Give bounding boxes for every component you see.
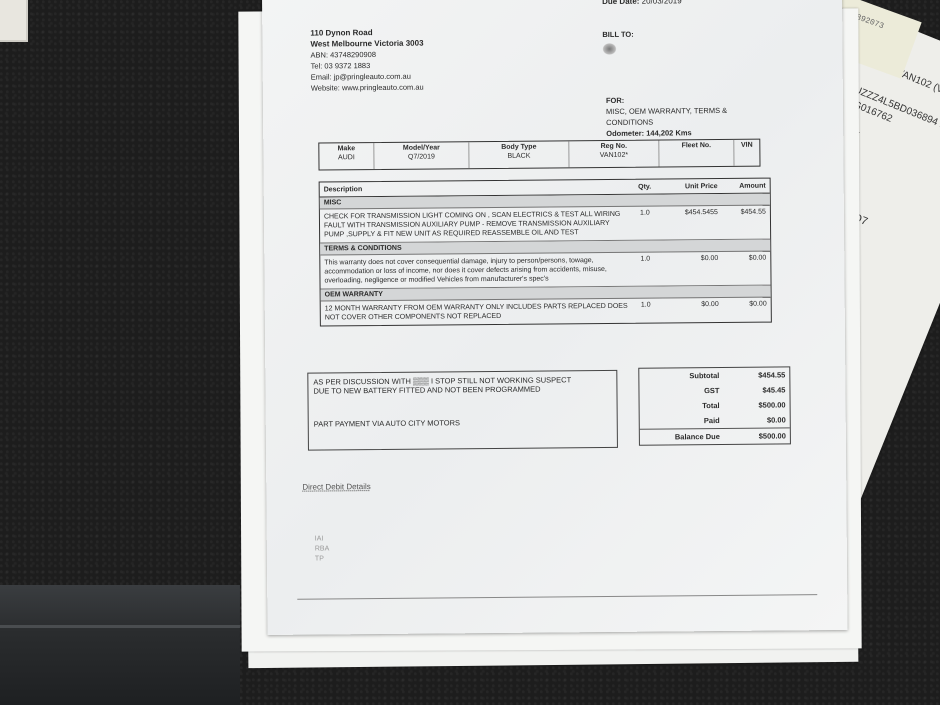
- notes-box: AS PER DISCUSSION WITH ▒▒▒ I STOP STILL …: [307, 370, 618, 451]
- col-amount: Amount: [718, 182, 770, 189]
- vehicle-header: Make: [319, 145, 373, 152]
- website: Website: www.pringleauto.com.au: [311, 82, 424, 94]
- total-label: Balance Due: [640, 432, 734, 442]
- total-label: GST: [639, 386, 733, 396]
- total-value: $454.55: [733, 370, 789, 379]
- item-qty: 1.0: [630, 210, 660, 237]
- totals-box: Subtotal$454.55 GST$45.45 Total$500.00 P…: [638, 366, 791, 445]
- item-description: This warranty does not cover consequenti…: [320, 256, 630, 286]
- address-city: West Melbourne Victoria 3003: [310, 38, 423, 50]
- total-value: $45.45: [733, 385, 789, 394]
- total-row-total: Total$500.00: [640, 397, 790, 413]
- vehicle-header: Fleet No.: [659, 142, 733, 150]
- item-qty: 1.0: [630, 256, 660, 283]
- total-row-balance-due: Balance Due$500.00: [640, 427, 790, 444]
- item-amount: $0.00: [719, 301, 771, 319]
- col-description: Description: [320, 182, 630, 194]
- item-unit-price: $0.00: [661, 301, 719, 320]
- redacted-name: [602, 43, 616, 55]
- note-line: PART PAYMENT VIA AUTO CITY MOTORS: [314, 417, 612, 429]
- vehicle-value: BLACK: [469, 152, 568, 160]
- vehicle-header: Model/Year: [374, 144, 468, 152]
- total-row-gst: GST$45.45: [639, 382, 789, 398]
- vehicle-value: AUDI: [319, 154, 373, 161]
- col-unit-price: Unit Price: [660, 183, 718, 191]
- bill-to-label: BILL TO:: [602, 30, 633, 39]
- vehicle-cell-make: MakeAUDI: [319, 143, 374, 169]
- total-label: Paid: [640, 416, 734, 426]
- vehicle-header: VIN: [734, 142, 759, 149]
- item-description: CHECK FOR TRANSMISSION LIGHT COMING ON ,…: [320, 210, 630, 240]
- vehicle-cell-reg: Reg No.VAN102*: [569, 141, 659, 168]
- invoice-page: Due Date: 20/03/2019 110 Dynon Road West…: [262, 0, 848, 635]
- direct-debit-heading: Direct Debit Details: [302, 482, 371, 492]
- faded-text: IAI RBA TP: [315, 534, 330, 564]
- due-date: Due Date: 20/03/2019: [602, 0, 682, 6]
- vehicle-header: Body Type: [469, 143, 568, 151]
- footer-divider: [297, 594, 817, 600]
- vehicle-cell-model: Model/YearQ7/2019: [374, 142, 469, 169]
- table-row: CHECK FOR TRANSMISSION LIGHT COMING ON ,…: [320, 206, 770, 244]
- item-qty: 1.0: [631, 302, 661, 320]
- table-row: This warranty does not cover consequenti…: [320, 252, 770, 290]
- total-row-paid: Paid$0.00: [640, 412, 790, 428]
- item-description: 12 MONTH WARRANTY FROM OEM WARRANTY ONLY…: [321, 302, 631, 323]
- business-address: 110 Dynon Road West Melbourne Victoria 3…: [310, 27, 424, 94]
- line-items-table: Description Qty. Unit Price Amount MISC …: [319, 178, 772, 327]
- item-unit-price: $454.5455: [660, 209, 718, 237]
- total-value: $0.00: [734, 415, 790, 424]
- corner-paper-edge: [0, 0, 28, 42]
- due-date-label: Due Date:: [602, 0, 639, 6]
- vehicle-floor-trim: [0, 585, 240, 705]
- faded-line: RBA: [315, 544, 329, 554]
- for-block: FOR: MISC, OEM WARRANTY, TERMS & CONDITI…: [606, 94, 728, 139]
- odometer: Odometer: 144,202 Kms: [606, 127, 727, 139]
- vehicle-cell-body: Body TypeBLACK: [469, 141, 569, 168]
- item-amount: $0.00: [718, 255, 770, 282]
- vehicle-value: VAN102*: [569, 152, 658, 160]
- vehicle-cell-fleet: Fleet No.: [659, 140, 734, 167]
- faded-line: TP: [315, 554, 329, 564]
- vehicle-details-table: MakeAUDI Model/YearQ7/2019 Body TypeBLAC…: [318, 139, 760, 171]
- table-row: 12 MONTH WARRANTY FROM OEM WARRANTY ONLY…: [321, 298, 771, 326]
- item-amount: $454.55: [718, 209, 770, 236]
- vehicle-header: Reg No.: [569, 143, 658, 151]
- vehicle-value: [659, 151, 733, 152]
- for-line: MISC, OEM WARRANTY, TERMS &: [606, 105, 727, 117]
- total-value: $500.00: [734, 400, 790, 409]
- due-date-value: 20/03/2019: [642, 0, 682, 6]
- faded-line: IAI: [315, 534, 329, 544]
- bill-to: BILL TO:: [602, 30, 634, 55]
- vehicle-value: Q7/2019: [374, 153, 468, 161]
- vehicle-cell-vin: VIN: [734, 140, 759, 166]
- total-label: Total: [640, 401, 734, 411]
- total-label: Subtotal: [639, 371, 733, 381]
- item-unit-price: $0.00: [660, 255, 718, 283]
- total-row-subtotal: Subtotal$454.55: [639, 367, 789, 383]
- total-value: $500.00: [734, 431, 790, 440]
- col-qty: Qty.: [630, 183, 660, 190]
